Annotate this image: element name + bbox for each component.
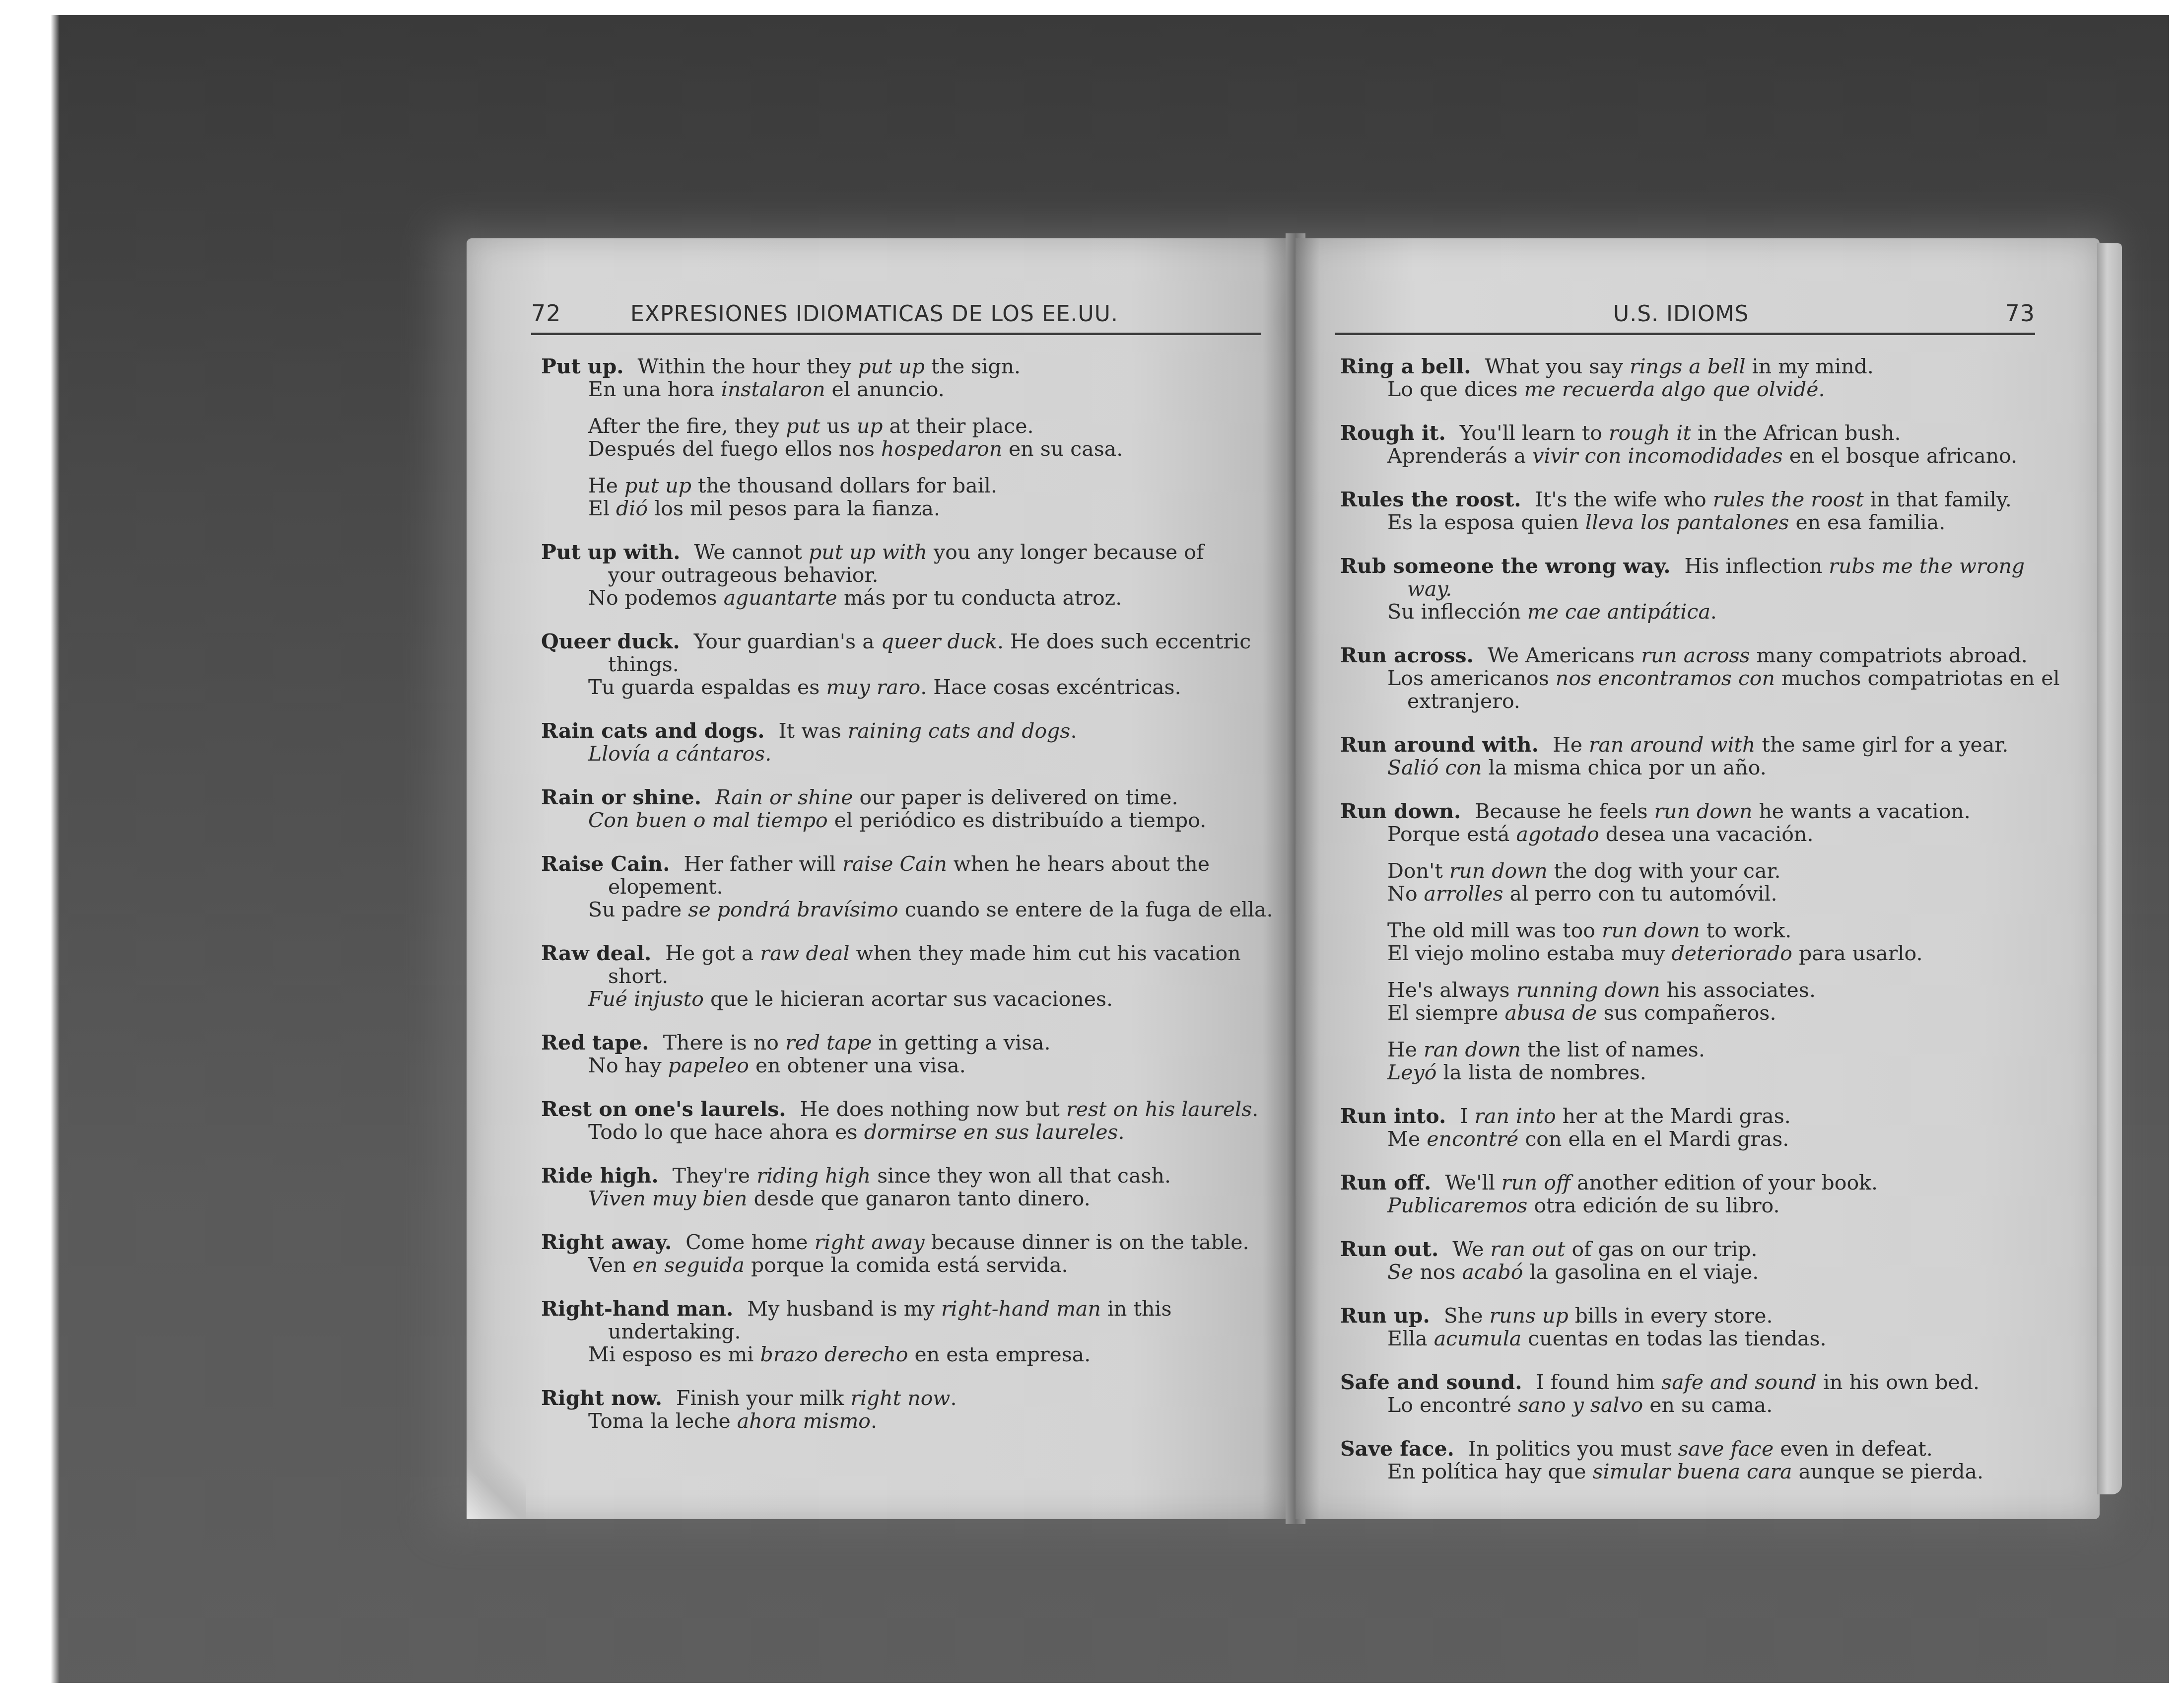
italic-text: ran down [1424,1038,1521,1061]
text: los mil pesos para la fianza. [648,496,940,520]
spanish-translation: Aprenderás a vivir con incomodidades en … [1340,444,2030,467]
spanish-translation-continued: extranjero. [1340,690,2030,712]
italic-text: acumula [1434,1327,1522,1350]
text: the same girl for a year. [1755,733,2008,757]
text: His inflection [1685,554,1829,578]
spanish-translation: Viven muy bien desde que ganaron tanto d… [541,1187,1256,1210]
idiom-entry: Run around with.He ran around with the s… [1340,733,2030,779]
italic-text: en seguida [633,1253,745,1277]
spanish-translation: Tu guarda espaldas es muy raro. Hace cos… [541,676,1256,699]
italic-text: way. [1407,577,1452,601]
spanish-translation: En política hay que simular buena cara a… [1340,1460,2030,1483]
text: extranjero. [1407,689,1520,713]
text: con ella en el Mardi gras. [1518,1127,1789,1151]
italic-text: abusa de [1505,1001,1597,1025]
text: nos [1413,1260,1462,1284]
spanish-translation: Lo encontré sano y salvo en su cama. [1340,1394,2030,1416]
text: sus compañeros. [1597,1001,1776,1025]
text: My husband is my [747,1297,941,1321]
text: in this [1101,1297,1172,1321]
english-example: Rain cats and dogs.It was raining cats a… [541,719,1256,742]
italic-text: me recuerda algo que olvidé [1524,377,1819,401]
idiom-headword: Right-hand man. [541,1297,733,1321]
idiom-headword: Queer duck. [541,630,680,653]
text: porque la comida está servida. [745,1253,1068,1277]
italic-text: raw deal [760,941,849,965]
idiom-entry: Right-hand man.My husband is my right-ha… [541,1297,1256,1366]
scan-border-top [0,0,2184,15]
text: the thousand dollars for bail. [691,474,997,497]
italic-text: deteriorado [1671,941,1792,965]
idiom-entry: Run off.We'll run off another edition of… [1340,1171,2030,1217]
text: We'll [1445,1171,1501,1195]
italic-text: aguantarte [724,586,837,610]
text: desde que ganaron tanto dinero. [747,1187,1090,1210]
text: Her father will [683,852,842,876]
english-example: Rules the roost.It's the wife who rules … [1340,488,2030,511]
text: Los americanos [1387,666,1556,690]
english-example-continued: things. [541,653,1256,676]
text: We [1452,1237,1490,1261]
text: el anuncio. [825,377,945,401]
italic-text: put up with [809,540,927,564]
text: your outrageous behavior. [608,563,879,587]
italic-text: me cae antipática [1527,600,1710,624]
text: Toma la leche [588,1409,737,1433]
text: Finish your milk [676,1386,850,1410]
text: El siempre [1387,1001,1505,1025]
idiom-entry: Rain or shine.Rain or shine our paper is… [541,786,1256,832]
italic-text: vivir con incomodidades [1532,444,1783,468]
text: at their place. [883,414,1034,438]
english-example: Run down.Because he feels run down he wa… [1340,800,2030,823]
english-example: Put up.Within the hour they put up the s… [541,355,1256,378]
example-spacer [1340,905,2030,919]
idiom-entry: Rough it.You'll learn to rough it in the… [1340,422,2030,467]
text: you any longer because of [927,540,1204,564]
italic-text: simular buena cara [1593,1460,1792,1483]
text: because dinner is on the table. [925,1230,1249,1254]
page-number-left: 72 [531,300,561,327]
example-spacer [1340,1024,2030,1038]
italic-text: Con buen o mal tiempo [588,808,828,832]
english-example: He put up the thousand dollars for bail. [541,474,1256,497]
text: El viejo molino estaba muy [1387,941,1671,965]
italic-text: Fué injusto [588,987,704,1011]
text: You'll learn to [1460,421,1609,445]
text: He [1387,1038,1424,1061]
italic-text: Viven muy bien [588,1187,747,1210]
idiom-headword: Run around with. [1340,733,1539,757]
text: her at the Mardi gras. [1556,1104,1791,1128]
italic-text: ran around with [1589,733,1755,757]
spanish-translation: Ella acumula cuentas en todas las tienda… [1340,1327,2030,1350]
idiom-entry: Ring a bell.What you say rings a bell in… [1340,355,2030,401]
text: elopement. [608,875,723,899]
text: our paper is delivered on time. [853,785,1178,809]
text: . [1252,1097,1258,1121]
spanish-translation: El dió los mil pesos para la fianza. [541,497,1256,520]
text: . He does such eccentric [997,630,1251,653]
spanish-translation: Me encontré con ella en el Mardi gras. [1340,1127,2030,1150]
text: Don't [1387,859,1449,883]
idiom-entry: Run out.We ran out of gas on our trip.Se… [1340,1238,2030,1283]
english-example: Run up.She runs up bills in every store. [1340,1304,2030,1327]
english-example: Run across.We Americans run across many … [1340,644,2030,667]
scan-border-left [0,15,60,1683]
italic-text: muy raro [826,675,920,699]
text: muchos compatriotas en el [1775,666,2060,690]
idiom-entry: Run down.Because he feels run down he wa… [1340,800,2030,1084]
italic-text: run down [1449,859,1548,883]
text: What you say [1485,354,1629,378]
italic-text: run off [1501,1171,1570,1195]
italic-text: put up [624,474,691,497]
idiom-entry: Queer duck.Your guardian's a queer duck.… [541,630,1256,699]
text: us [820,414,857,438]
text: Porque está [1387,822,1516,846]
spanish-translation: Leyó la lista de nombres. [1340,1061,2030,1084]
italic-text: instalaron [721,377,825,401]
english-example-continued: elopement. [541,875,1256,898]
text: la misma chica por un año. [1482,756,1767,779]
english-example: Run into.I ran into her at the Mardi gra… [1340,1105,2030,1127]
text: Because he feels [1475,799,1654,823]
italic-text: hospedaron [881,437,1002,461]
text: Ella [1387,1327,1434,1350]
english-example: After the fire, they put us up at their … [541,415,1256,437]
running-head-right: U.S. IDIOMS 73 [1335,298,2035,335]
italic-text: rubs me the wrong [1829,554,2025,578]
text: para usarlo. [1792,941,1922,965]
english-example: Run out.We ran out of gas on our trip. [1340,1238,2030,1261]
text: undertaking. [608,1320,741,1343]
english-example: Right now.Finish your milk right now. [541,1387,1256,1409]
spanish-translation: Mi esposo es mi brazo derecho en esta em… [541,1343,1256,1366]
italic-text: right away [815,1230,925,1254]
page-corner-wear [467,1440,526,1519]
italic-text: arrolles [1424,882,1503,906]
text: the list of names. [1521,1038,1705,1061]
english-example: The old mill was too run down to work. [1340,919,2030,942]
text: . [871,1409,877,1433]
italic-text: se pondrá bravísimo [688,898,898,921]
idiom-entry: Rub someone the wrong way.His inflection… [1340,555,2030,623]
english-example-continued: undertaking. [541,1320,1256,1343]
text: Es la esposa quien [1387,510,1585,534]
english-example: Save face.In politics you must save face… [1340,1437,2030,1460]
spanish-translation: Con buen o mal tiempo el periódico es di… [541,809,1256,832]
text: She [1444,1304,1490,1328]
italic-text: sano y salvo [1518,1393,1643,1417]
text: En política hay que [1387,1460,1593,1483]
text: Todo lo que hace ahora es [588,1120,864,1144]
english-example: Ring a bell.What you say rings a bell in… [1340,355,2030,378]
idiom-headword: Raw deal. [541,941,651,965]
english-example: Rain or shine.Rain or shine our paper is… [541,786,1256,809]
text: The old mill was too [1387,918,1602,942]
idiom-headword: Run out. [1340,1237,1438,1261]
text: en esa familia. [1789,510,1945,534]
english-example: Raise Cain.Her father will raise Cain wh… [541,852,1256,875]
text: I found him [1536,1370,1661,1394]
spanish-translation: Después del fuego ellos nos hospedaron e… [541,437,1256,460]
text: Su inflección [1387,600,1527,624]
text: . [1118,1120,1125,1144]
text: Ven [588,1253,633,1277]
italic-text: queer duck [881,630,997,653]
text: en obtener una visa. [749,1054,966,1077]
text: Lo encontré [1387,1393,1518,1417]
italic-text: lleva los pantalones [1585,510,1789,534]
italic-text: Publicaremos [1387,1194,1527,1217]
text: desea una vacación. [1599,822,1814,846]
idiom-entry: Put up.Within the hour they put up the s… [541,355,1256,520]
idiom-entry: Run across.We Americans run across many … [1340,644,2030,712]
text: No hay [588,1054,668,1077]
text: of gas on our trip. [1566,1237,1758,1261]
text: Within the hour they [638,354,858,378]
text: al perro con tu automóvil. [1503,882,1777,906]
italic-text: riding high [756,1164,871,1188]
italic-text: rest on his laurels [1066,1097,1252,1121]
italic-text: run down [1654,799,1753,823]
text: el periódico es distribuído a tiempo. [828,808,1206,832]
idiom-headword: Ride high. [541,1164,659,1188]
text: en su casa. [1002,437,1123,461]
idiom-entry: Red tape.There is no red tape in getting… [541,1031,1256,1077]
italic-text: raise Cain [842,852,947,876]
running-head-left: 72 EXPRESIONES IDIOMATICAS DE LOS EE.UU. [531,298,1261,335]
spanish-translation: El siempre abusa de sus compañeros. [1340,1001,2030,1024]
italic-text: raining cats and dogs [848,719,1071,743]
text: Después del fuego ellos nos [588,437,881,461]
italic-text: encontré [1427,1127,1518,1151]
idiom-headword: Run down. [1340,799,1461,823]
text: things. [608,652,679,676]
spanish-translation: El viejo molino estaba muy deteriorado p… [1340,942,2030,965]
english-example: Put up with.We cannot put up with you an… [541,541,1256,563]
page-number-right: 73 [2005,300,2035,327]
text: he wants a vacation. [1752,799,1970,823]
text: la lista de nombres. [1436,1060,1646,1084]
idiom-entry: Raw deal.He got a raw deal when they mad… [541,942,1256,1010]
text: many compatriots abroad. [1750,643,2028,667]
english-example: Queer duck.Your guardian's a queer duck.… [541,630,1256,653]
idiom-headword: Put up with. [541,540,681,564]
idiom-entry: Run up.She runs up bills in every store.… [1340,1304,2030,1350]
idiom-headword: Run up. [1340,1304,1430,1328]
idiom-headword: Run off. [1340,1171,1431,1195]
italic-text: Leyó [1387,1060,1436,1084]
spanish-translation: Salió con la misma chica por un año. [1340,756,2030,779]
english-example: Run around with.He ran around with the s… [1340,733,2030,756]
text: otra edición de su libro. [1527,1194,1779,1217]
idiom-headword: Right away. [541,1230,672,1254]
italic-text: dormirse en sus laureles [864,1120,1118,1144]
spanish-translation: Su padre se pondrá bravísimo cuando se e… [541,898,1256,921]
italic-text: red tape [785,1031,872,1055]
text: He [1553,733,1589,757]
idiom-entry: Put up with.We cannot put up with you an… [541,541,1256,609]
text: . [950,1386,956,1410]
running-head-title-right: U.S. IDIOMS [1613,301,1749,327]
idiom-headword: Run across. [1340,643,1474,667]
english-example: Don't run down the dog with your car. [1340,859,2030,882]
spanish-translation: Ven en seguida porque la comida está ser… [541,1254,1256,1276]
italic-text: run down [1602,918,1700,942]
spanish-translation: No hay papeleo en obtener una visa. [541,1054,1256,1077]
italic-text: run across [1641,643,1750,667]
text: his associates. [1660,978,1816,1002]
text: He does nothing now but [800,1097,1066,1121]
text: short. [608,964,668,988]
text: la gasolina en el viaje. [1523,1260,1759,1284]
text: the sign. [925,354,1021,378]
italic-text: up [857,414,883,438]
italic-text: right now [850,1386,950,1410]
text: He's always [1387,978,1516,1002]
text: It was [778,719,847,743]
text: In politics you must [1468,1437,1678,1461]
scan-border-right [2169,0,2184,1688]
text: bills in every store. [1569,1304,1773,1328]
text: After the fire, they [588,414,786,438]
text: They're [673,1164,756,1188]
text: in getting a visa. [872,1031,1050,1055]
text: Me [1387,1127,1427,1151]
idiom-headword: Put up. [541,354,624,378]
english-example: Safe and sound.I found him safe and soun… [1340,1371,2030,1394]
text: the dog with your car. [1548,859,1781,883]
idiom-entry: Right now.Finish your milk right now.Tom… [541,1387,1256,1432]
idiom-entry: Right away.Come home right away because … [541,1231,1256,1276]
idiom-list-left: Put up.Within the hour they put up the s… [541,355,1256,1453]
spanish-translation: Todo lo que hace ahora es dormirse en su… [541,1121,1256,1143]
italic-text: safe and sound [1661,1370,1817,1394]
italic-text: put up [858,354,925,378]
text: . Hace cosas excéntricas. [920,675,1181,699]
italic-text: Salió con [1387,756,1482,779]
text: cuando se entere de la fuga de ella. [898,898,1273,921]
spanish-translation: Se nos acabó la gasolina en el viaje. [1340,1261,2030,1283]
english-example: Ride high.They're riding high since they… [541,1164,1256,1187]
italic-text: ran into [1474,1104,1556,1128]
text: when they made him cut his vacation [850,941,1241,965]
spanish-translation: Llovía a cántaros. [541,742,1256,765]
text: in my mind. [1746,354,1874,378]
text: We cannot [694,540,809,564]
idiom-list-right: Ring a bell.What you say rings a bell in… [1340,355,2030,1504]
italic-text: rough it [1609,421,1691,445]
spanish-translation: Porque está agotado desea una vacación. [1340,823,2030,845]
spanish-translation: Los americanos nos encontramos con mucho… [1340,667,2030,690]
spanish-translation: Fué injusto que le hicieran acortar sus … [541,987,1256,1010]
text: En una hora [588,377,721,401]
example-spacer [541,460,1256,474]
italic-text: ran out [1490,1237,1565,1261]
text: en el bosque africano. [1783,444,2017,468]
italic-text: Rain or shine [715,785,853,809]
italic-text: running down [1516,978,1660,1002]
idiom-entry: Rain cats and dogs.It was raining cats a… [541,719,1256,765]
text: in the African bush. [1691,421,1901,445]
text: We Americans [1488,643,1641,667]
italic-text: save face [1678,1437,1774,1461]
idiom-entry: Raise Cain.Her father will raise Cain wh… [541,852,1256,921]
text: aunque se pierda. [1792,1460,1983,1483]
italic-text: Se [1387,1260,1413,1284]
text: en su cama. [1643,1393,1773,1417]
spanish-translation: Toma la leche ahora mismo. [541,1409,1256,1432]
idiom-headword: Right now. [541,1386,662,1410]
text: cuentas en todas las tiendas. [1521,1327,1826,1350]
text: even in defeat. [1774,1437,1933,1461]
english-example-continued: your outrageous behavior. [541,563,1256,586]
text: más por tu conducta atroz. [837,586,1122,610]
idiom-entry: Rest on one's laurels.He does nothing no… [541,1098,1256,1143]
text: It's the wife who [1535,488,1713,511]
english-example: Red tape.There is no red tape in getting… [541,1031,1256,1054]
text: Aprenderás a [1387,444,1532,468]
english-example: Rest on one's laurels.He does nothing no… [541,1098,1256,1121]
spanish-translation: No podemos aguantarte más por tu conduct… [541,586,1256,609]
italic-text: Llovía a cántaros. [588,742,771,766]
idiom-headword: Safe and sound. [1340,1370,1522,1394]
example-spacer [1340,845,2030,859]
text: since they won all that cash. [871,1164,1171,1188]
text: que le hicieran acortar sus vacaciones. [704,987,1113,1011]
right-page: U.S. IDIOMS 73 Ring a bell.What you say … [1296,238,2100,1519]
idiom-headword: Raise Cain. [541,852,670,876]
english-example: Raw deal.He got a raw deal when they mad… [541,942,1256,965]
italic-text: dió [616,496,648,520]
english-example: Right-hand man.My husband is my right-ha… [541,1297,1256,1320]
english-example-continued: way. [1340,577,2030,600]
italic-text: right-hand man [941,1297,1101,1321]
text: en esta empresa. [908,1342,1091,1366]
spanish-translation: No arrolles al perro con tu automóvil. [1340,882,2030,905]
spanish-translation: Es la esposa quien lleva los pantalones … [1340,511,2030,534]
idiom-entry: Ride high.They're riding high since they… [541,1164,1256,1210]
english-example: Right away.Come home right away because … [541,1231,1256,1254]
english-example-continued: short. [541,965,1256,987]
text: in his own bed. [1817,1370,1979,1394]
idiom-entry: Rules the roost.It's the wife who rules … [1340,488,2030,534]
page-stack-edge [2097,243,2122,1494]
text: He got a [665,941,760,965]
text: Lo que dices [1387,377,1524,401]
idiom-headword: Ring a bell. [1340,354,1471,378]
example-spacer [1340,965,2030,979]
idiom-headword: Run into. [1340,1104,1446,1128]
spanish-translation: Su inflección me cae antipática. [1340,600,2030,623]
italic-text: rings a bell [1630,354,1746,378]
idiom-headword: Rain cats and dogs. [541,719,764,743]
english-example: Run off.We'll run off another edition of… [1340,1171,2030,1194]
left-page: 72 EXPRESIONES IDIOMATICAS DE LOS EE.UU.… [467,238,1296,1519]
text: Come home [685,1230,815,1254]
spanish-translation: Publicaremos otra edición de su libro. [1340,1194,2030,1217]
spanish-translation: En una hora instalaron el anuncio. [541,378,1256,401]
text: Tu guarda espaldas es [588,675,826,699]
text: . [1819,377,1825,401]
text: Mi esposo es mi [588,1342,760,1366]
text: No [1387,882,1424,906]
english-example: He's always running down his associates. [1340,979,2030,1001]
idiom-headword: Rough it. [1340,421,1446,445]
italic-text: acabó [1462,1260,1523,1284]
